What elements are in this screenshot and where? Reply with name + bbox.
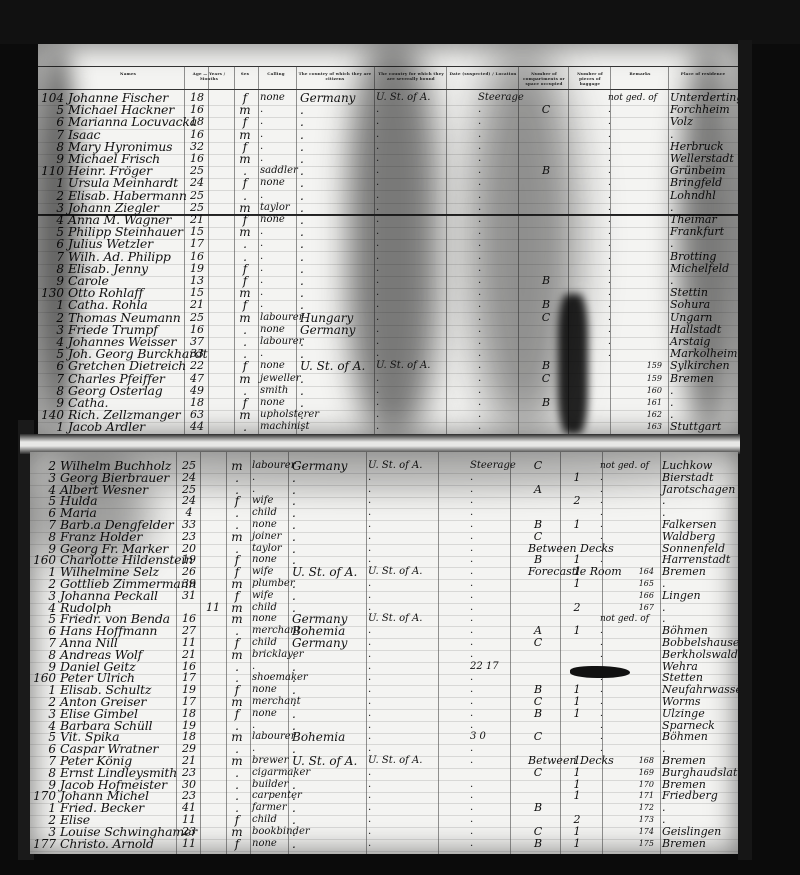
book-binding-right — [738, 40, 752, 860]
destination: . — [376, 419, 446, 435]
residence: Bremen — [662, 836, 732, 852]
remarks: 175 — [634, 836, 654, 852]
header-calling: Calling — [258, 71, 294, 76]
location: . — [478, 419, 528, 435]
citizenship: . — [292, 836, 362, 852]
header-age: Age — Years / Months — [184, 71, 234, 81]
header-remarks: Remarks — [612, 71, 668, 76]
line-number: 1 — [40, 419, 64, 435]
header-citizenship: The country of which they are citizens — [296, 71, 374, 81]
baggage-pieces: 1 — [570, 836, 584, 852]
line-number: 177 — [32, 836, 56, 852]
header-date-location: Date (suspected) / Location — [448, 71, 518, 76]
header-residence: Place of residence — [670, 71, 736, 76]
citizenship: . — [300, 419, 370, 435]
sex: . — [238, 419, 252, 435]
ink-blot — [570, 666, 630, 678]
sex: f — [230, 836, 244, 852]
passenger-name: Christo. Arnold — [60, 836, 176, 852]
passenger-row: 177Christo. Arnold11fnone...B1175Bremen — [30, 836, 738, 852]
passenger-row: 1Jacob Ardler44.machinist...163Stuttgart — [38, 419, 738, 435]
age: 11 — [180, 836, 198, 852]
passenger-name: Jacob Ardler — [68, 419, 184, 435]
manifest-page-bottom: 2Wilhelm Buchholz25mlabourerGermanyU. St… — [30, 452, 738, 854]
scan-border-top — [0, 0, 800, 44]
destination: . — [368, 836, 438, 852]
residence: Stuttgart — [670, 419, 738, 435]
location: . — [470, 836, 520, 852]
age: 44 — [188, 419, 206, 435]
header-names: Names — [78, 71, 178, 76]
header-sex: Sex — [234, 71, 256, 76]
compartment: B — [528, 836, 548, 852]
remarks: 163 — [642, 419, 662, 435]
column-header-row: Names Age — Years / Months Sex Calling T… — [38, 66, 738, 90]
page-gutter — [20, 434, 740, 454]
manifest-page-top: Names Age — Years / Months Sex Calling T… — [38, 44, 738, 436]
header-destination: The country for which they are severally… — [376, 71, 446, 81]
header-baggage: Number of pieces of baggage — [570, 71, 610, 86]
header-compartments: Number of compartments or space occupied — [520, 71, 568, 86]
